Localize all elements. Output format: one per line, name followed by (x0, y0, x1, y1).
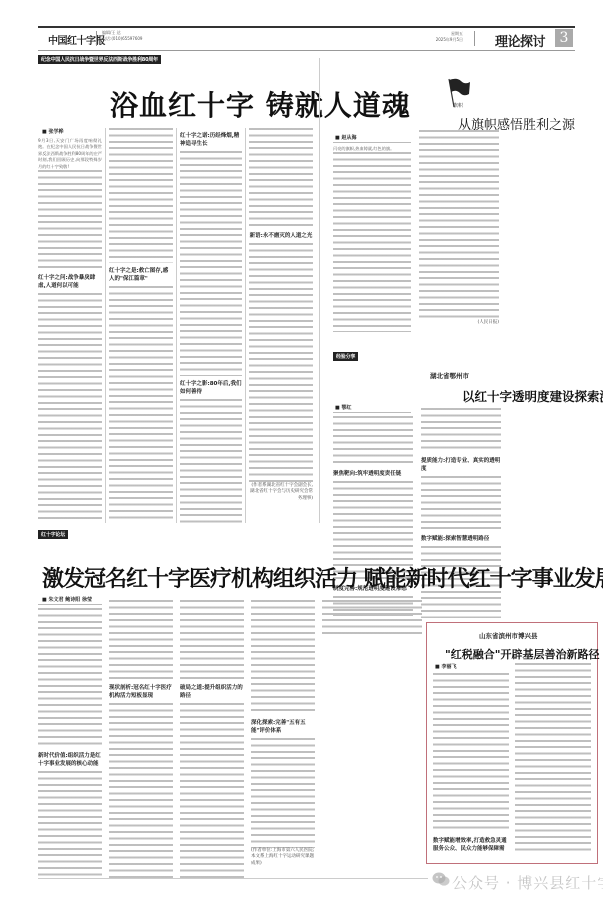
byline: 朱文君 鲍诗阳 徐莹 (42, 596, 92, 603)
main-headline: 浴血红十字 铸就人道魂 (110, 84, 411, 124)
page-number: 3 (555, 29, 573, 47)
byline: 赵从海 (335, 134, 356, 141)
masthead: 中国红十字报 编辑/王 达 电话:(010)65597609 星期五 2025年… (38, 26, 575, 51)
body-text (251, 600, 315, 715)
watermark: 公众号 · 博兴县红十字会 (452, 872, 603, 893)
body-text (180, 151, 242, 376)
body-text (38, 771, 102, 878)
source-credit: (人民日报) (419, 320, 499, 326)
divider (96, 31, 97, 46)
column-rule (176, 128, 177, 523)
article1-col1: 9月3日,天安门广场再度响彻礼炮。在纪念中国人民抗日战争暨世界反法西斯战争胜利8… (38, 138, 102, 523)
article4-headline: 激发冠名红十字医疗机构组织活力 赋能新时代红十字事业发展 (42, 562, 603, 593)
article2-col2: (人民日报) (419, 130, 499, 334)
column-rule (319, 58, 320, 523)
body-text (249, 243, 313, 483)
column-tag: 纪念中国人民抗日战争暨世界反法西斯战争胜利80周年 (38, 55, 161, 64)
body-text (180, 703, 244, 878)
article5-kicker: 山东省滨州市博兴县 (479, 631, 538, 640)
body-text (38, 608, 102, 748)
lead-paragraph: 9月3日,天安门广场再度响彻礼炮。在纪念中国人民抗日战争暨世界反法西斯战争胜利8… (38, 138, 102, 170)
subheading: 红十字之影:80年后,我们如何善待 (180, 380, 242, 396)
byline: 鄂红 (335, 404, 351, 411)
body-text (109, 286, 173, 523)
editor-phone: 电话:(010)65597609 (102, 36, 142, 42)
subheading: 红十字之诺:历经烽烟,精神追寻生长 (180, 132, 242, 148)
article4-col1: 新时代价值:组织活力是红十字事业发展的核心动能 (38, 608, 102, 878)
article5-col2 (515, 663, 591, 853)
issue-date: 星期五 2025年9月5日 (436, 31, 463, 43)
column-rule (245, 128, 246, 523)
subheading: 聚焦靶向:筑牢透明度责任链 (333, 470, 413, 478)
divider (474, 31, 475, 46)
byline: 张学桦 (42, 128, 63, 135)
body-text (180, 600, 244, 680)
body-text (38, 170, 102, 270)
body-text (180, 399, 242, 523)
body-text (109, 600, 173, 680)
article4-col4: 深化探索:完善"五有五能"评价体系 (作者单位:上海市第六人民医院;本文系上海红… (251, 600, 315, 878)
article1-col3: 红十字之诺:历经烽烟,精神追寻生长 红十字之影:80年后,我们如何善待 (180, 128, 242, 523)
article4-col2: 现状剖析:冠名红十字医疗机构活力短板显现 (109, 600, 173, 878)
article2-col1: 闪亮的旗帜,热血铸就,红色的旗。 (333, 146, 411, 334)
rule (333, 412, 411, 413)
body-text (333, 152, 411, 332)
subheading: 数字赋能:探索智慧透明路径 (421, 535, 501, 543)
body-text (421, 408, 501, 453)
column-tag: 经验分享 (333, 352, 358, 361)
rule (38, 604, 102, 605)
subheading: 红十字之是:救亡图存,感人的"保江篇章" (109, 267, 173, 283)
body-text (322, 600, 422, 638)
page-bottom-rule (38, 878, 428, 879)
author-credit: (作者单位:上海市第六人民医院;本文系上海红十字运动研究课题成果) (251, 848, 315, 867)
body-text (515, 663, 591, 853)
subheading: 新语:永不磨灭的人道之光 (249, 232, 313, 240)
subheading: 破局之道:提升组织活力的路径 (180, 684, 244, 700)
subheading: 新时代价值:组织活力是红十字事业发展的核心动能 (38, 752, 102, 768)
article5-col1: 数字赋能增效率,打造救急灵通服务公众、民众力能够保障需要 (433, 673, 509, 853)
byline: 李丽飞 (435, 663, 456, 670)
article4-col3: 破局之道:提升组织活力的路径 (180, 600, 244, 878)
section-title: 理论探讨 (495, 31, 545, 50)
column-rule (105, 128, 106, 523)
rule (333, 142, 411, 143)
subheading: 深化探索:完善"五有五能"评价体系 (251, 719, 315, 735)
body-text (333, 416, 413, 466)
body-text (38, 293, 102, 523)
body-text (109, 703, 173, 878)
editor-info: 编辑/王 达 电话:(010)65597609 (102, 30, 142, 42)
flag-label: 旗帜 (453, 102, 463, 109)
subheading: 数字赋能增效率,打造救急灵通服务公众、民众力能够保障需要 (433, 837, 509, 853)
subheading: 红十字之问:战争暴戾肆虐,人道何以可能 (38, 274, 102, 290)
article1-col2: 红十字之是:救亡图存,感人的"保江篇章" (109, 128, 173, 523)
author-credit: (作者系湖北省红十字会副会长,湖北省红十字会与历史研究会常务理事) (249, 483, 313, 502)
date: 2025年9月5日 (436, 37, 463, 43)
column-tag: 红十字论坛 (38, 530, 68, 539)
article4-col5 (322, 600, 422, 878)
subheading: 现状剖析:冠名红十字医疗机构活力短板显现 (109, 684, 173, 700)
article5-headline: "红税融合"开辟基层善治新路径 (445, 646, 599, 662)
article3-headline: 以红十字透明度建设探索激活公益效能 (462, 387, 603, 405)
body-text (251, 738, 315, 848)
body-text (419, 130, 499, 320)
wechat-icon (432, 872, 450, 887)
body-text (249, 128, 313, 228)
body-text (421, 476, 501, 531)
subheading: 提质能力:打造专业、真实的透明度 (421, 457, 501, 473)
body-text (433, 673, 509, 833)
body-text (109, 128, 173, 263)
article3-kicker: 湖北省鄂州市 (430, 371, 469, 380)
article1-col4: 新语:永不磨灭的人道之光 (作者系湖北省红十字会副会长,湖北省红十字会与历史研究… (249, 128, 313, 523)
